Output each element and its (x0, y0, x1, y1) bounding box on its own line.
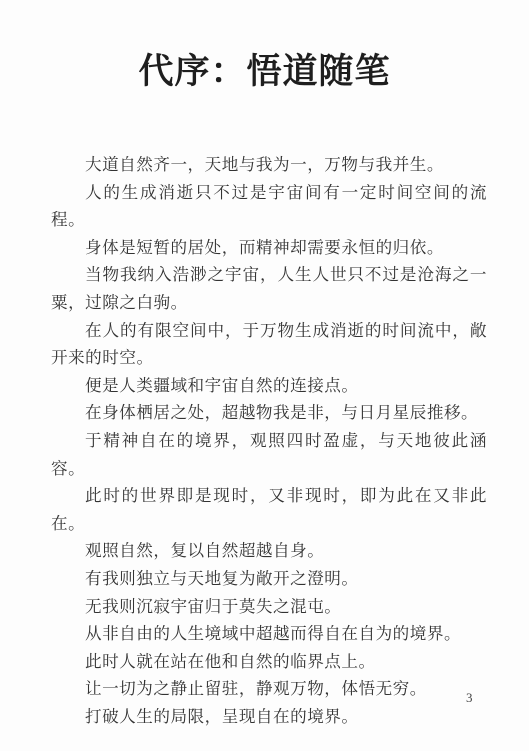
paragraph: 观照自然，复以自然超越自身。 (51, 537, 487, 565)
document-page: 代序：悟道随笔 大道自然齐一，天地与我为一，万物与我并生。 人的生成消逝只不过是… (0, 0, 529, 751)
paragraph: 在人的有限空间中，于万物生成消逝的时间流中，敞开来的时空。 (51, 317, 487, 372)
body-text: 大道自然齐一，天地与我为一，万物与我并生。 人的生成消逝只不过是宇宙间有一定时间… (51, 151, 487, 730)
page-number: 3 (466, 690, 473, 706)
paragraph: 便是人类疆域和宇宙自然的连接点。 (51, 372, 487, 400)
paragraph: 打破人生的局限，呈现自在的境界。 (51, 703, 487, 731)
paragraph: 身体是短暂的居处，而精神却需要永恒的归依。 (51, 234, 487, 262)
paragraph: 当物我纳入浩渺之宇宙，人生人世只不过是沧海之一粟，过隙之白驹。 (51, 261, 487, 316)
paragraph: 人的生成消逝只不过是宇宙间有一定时间空间的流程。 (51, 179, 487, 234)
paragraph: 此时的世界即是现时，又非现时，即为此在又非此在。 (51, 482, 487, 537)
paragraph: 从非自由的人生境域中超越而得自在自为的境界。 (51, 620, 487, 648)
paragraph: 有我则独立与天地复为敞开之澄明。 (51, 565, 487, 593)
paragraph: 无我则沉寂宇宙归于莫失之混屯。 (51, 593, 487, 621)
paragraph: 此时人就在站在他和自然的临界点上。 (51, 648, 487, 676)
page-title: 代序：悟道随笔 (0, 50, 529, 94)
paragraph: 于精神自在的境界，观照四时盈虚，与天地彼此涵容。 (51, 427, 487, 482)
paragraph: 在身体栖居之处，超越物我是非，与日月星辰推移。 (51, 399, 487, 427)
paragraph: 让一切为之静止留驻，静观万物，体悟无穷。 (51, 675, 487, 703)
paragraph: 大道自然齐一，天地与我为一，万物与我并生。 (51, 151, 487, 179)
